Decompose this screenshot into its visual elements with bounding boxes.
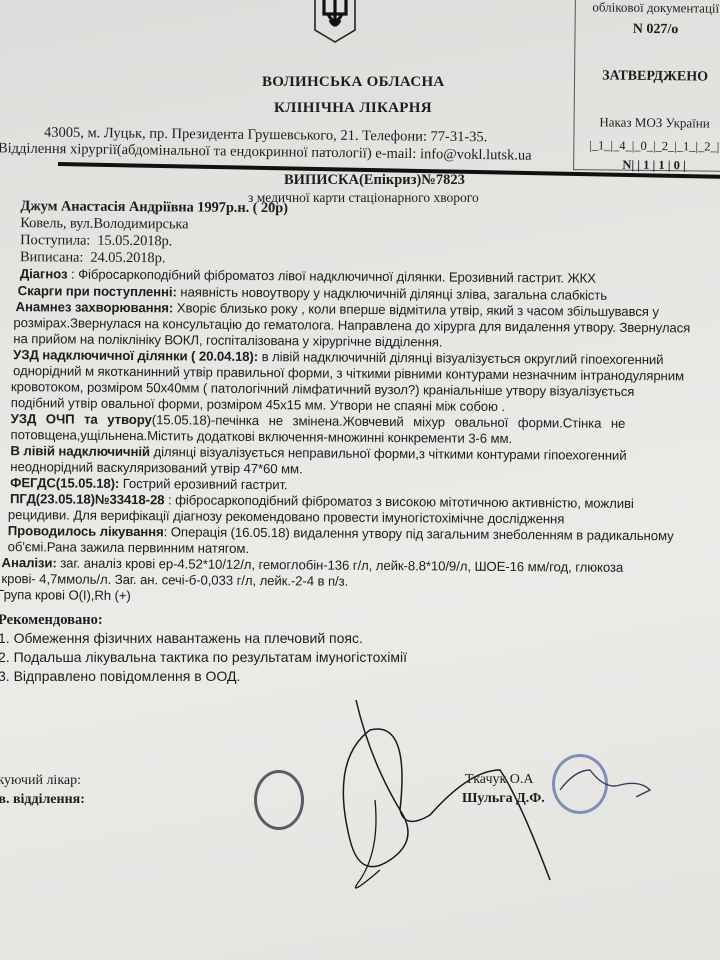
signature-scribble (0, 0, 720, 960)
discharge-summary-page: ВОЛИНСЬКА ОБЛАСНА КЛІНІЧНА ЛІКАРНЯ 43005… (0, 0, 720, 960)
